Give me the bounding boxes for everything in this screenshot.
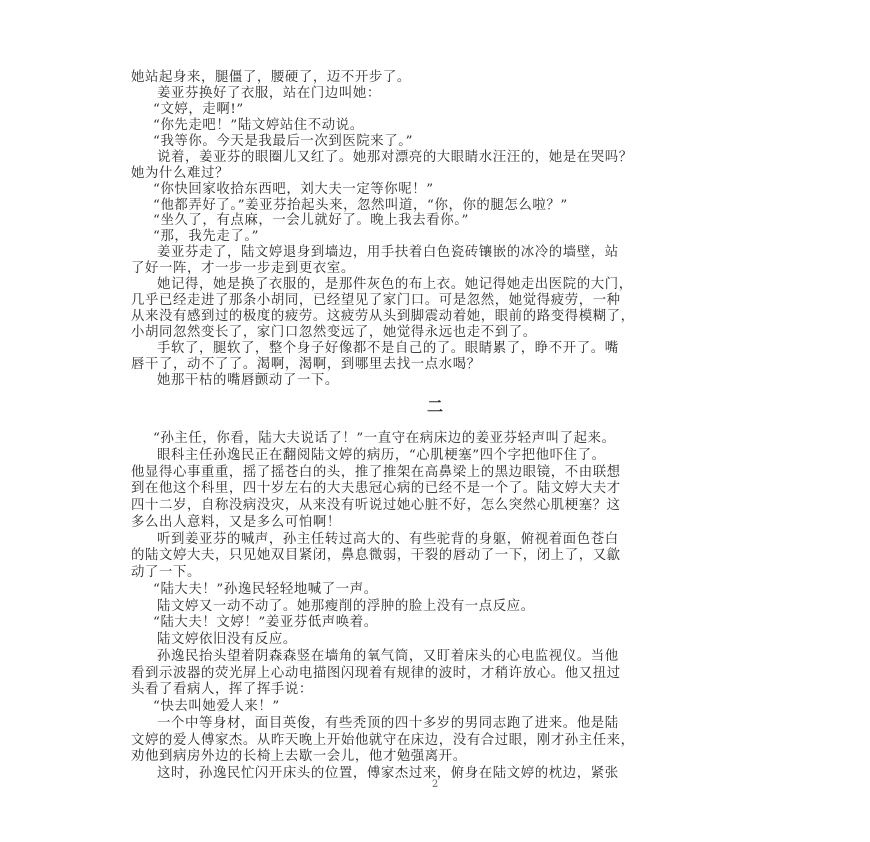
dialogue-line: “他都弄好了。”姜亚芬抬起头来，忽然叫道，“你，你的腿怎么啦？” (131, 198, 741, 214)
dialogue-line: “文婷，走啊!” (131, 102, 741, 118)
paragraph-line: 一个中等身材，面目英俊，有些秃顶的四十多岁的男同志跑了进来。他是陆 (131, 716, 741, 733)
paragraph-line: 说着，姜亚芬的眼圈儿又红了。她那对漂亮的大眼睛水汪汪的，她是在哭吗？ (131, 150, 741, 166)
dialogue-line: “坐久了，有点麻，一会儿就好了。晚上我去看你。” (131, 213, 741, 229)
paragraph-line: 她记得，她是换了衣服的，是那件灰色的布上衣。她记得她走出医院的大门， (131, 277, 741, 293)
paragraph-line: 小胡同忽然变长了，家门口忽然变远了，她觉得永远也走不到了。 (131, 325, 741, 341)
paragraph-line: 陆文婷依旧没有反应。 (131, 632, 741, 649)
paragraph-line: 孙逸民抬头望着阴森森竖在墙角的氧气筒，又盯着床头的心电监视仪。当他 (131, 649, 741, 666)
text-section-1: 她站起身来，腿僵了，腰硬了，迈不开步了。 姜亚芬换好了衣服，站在门边叫她： “文… (131, 70, 741, 389)
paragraph-line: 听到姜亚芬的喊声，孙主任转过高大的、有些驼背的身躯，俯视着面色苍白 (131, 532, 741, 549)
paragraph-line: 姜亚芬走了，陆文婷退身到墙边，用手扶着白色瓷砖镶嵌的冰冷的墙壁，站 (131, 245, 741, 261)
paragraph-line: 几乎已经走进了那条小胡同，已经望见了家门口。可是忽然，她觉得疲劳，一种 (131, 293, 741, 309)
dialogue-line: “陆大夫！”孙逸民轻轻地喊了一声。 (131, 582, 741, 599)
paragraph-line: 眼科主任孙逸民正在翻阅陆文婷的病历，“心肌梗塞”四个字把他吓住了。 (131, 448, 741, 465)
paragraph-line: 了好一阵，才一步一步走到更衣室。 (131, 261, 741, 277)
text-section-2: “孙主任，你看，陆大夫说话了！”一直守在病床边的姜亚芬轻声叫了起来。 眼科主任孙… (131, 431, 741, 783)
dialogue-line: “快去叫她爱人来！” (131, 699, 741, 716)
paragraph-line: 她为什么难过？ (131, 166, 741, 182)
paragraph-line: 从来没有感到过的极度的疲劳。这疲劳从头到脚震动着她，眼前的路变得模糊了， (131, 309, 741, 325)
dialogue-line: “那，我先走了。” (131, 229, 741, 245)
page-number: 2 (0, 779, 870, 790)
paragraph-line: 姜亚芬换好了衣服，站在门边叫她： (131, 86, 741, 102)
paragraph-line: 他显得心事重重，摇了摇苍白的头，推了推架在高鼻梁上的黑边眼镜，不由联想 (131, 465, 741, 482)
chapter-heading: 二 (0, 397, 870, 417)
dialogue-line: “孙主任，你看，陆大夫说话了！”一直守在病床边的姜亚芬轻声叫了起来。 (131, 431, 741, 448)
paragraph-line: 四十二岁，自称没病没灾，从来没有听说过她心脏不好，怎么突然心肌梗塞？这 (131, 498, 741, 515)
paragraph-line: 唇干了，动不了了。渴啊，渴啊，到哪里去找一点水喝？ (131, 357, 741, 373)
document-page: 她站起身来，腿僵了，腰硬了，迈不开步了。 姜亚芬换好了衣服，站在门边叫她： “文… (0, 0, 870, 842)
paragraph-line: 劝他到病房外边的长椅上去歇一会儿，他才勉强离开。 (131, 749, 741, 766)
paragraph-line: 陆文婷又一动不动了。她那瘦削的浮肿的脸上没有一点反应。 (131, 599, 741, 616)
paragraph-line: 手软了，腿软了，整个身子好像都不是自己的了。眼睛累了，睁不开了。嘴 (131, 341, 741, 357)
paragraph-line: 看到示波器的荧光屏上心动电描图闪现着有规律的波时，才稍许放心。他又扭过 (131, 666, 741, 683)
dialogue-line: “我等你。今天是我最后一次到医院来了。” (131, 134, 741, 150)
dialogue-line: “陆大夫！文婷！”姜亚芬低声唤着。 (131, 615, 741, 632)
paragraph-line: 的陆文婷大夫，只见她双目紧闭，鼻息微弱，干裂的唇动了一下，闭上了，又歙 (131, 548, 741, 565)
dialogue-line: “你先走吧！”陆文婷站住不动说。 (131, 118, 741, 134)
dialogue-line: “你快回家收拾东西吧，刘大夫一定等你呢！” (131, 182, 741, 198)
paragraph-line: 动了一下。 (131, 565, 741, 582)
paragraph-line: 多么出人意料，又是多么可怕啊！ (131, 515, 741, 532)
paragraph-line: 头看了看病人，挥了挥手说： (131, 682, 741, 699)
paragraph-line: 到在他这个科里，四十岁左右的大夫患冠心病的已经不是一个了。陆文婷大夫才 (131, 481, 741, 498)
paragraph-line: 她站起身来，腿僵了，腰硬了，迈不开步了。 (131, 70, 741, 86)
paragraph-line: 文婷的爱人傅家杰。从昨天晚上开始他就守在床边，没有合过眼，刚才孙主任来， (131, 733, 741, 750)
paragraph-line: 她那干枯的嘴唇颤动了一下。 (131, 373, 741, 389)
